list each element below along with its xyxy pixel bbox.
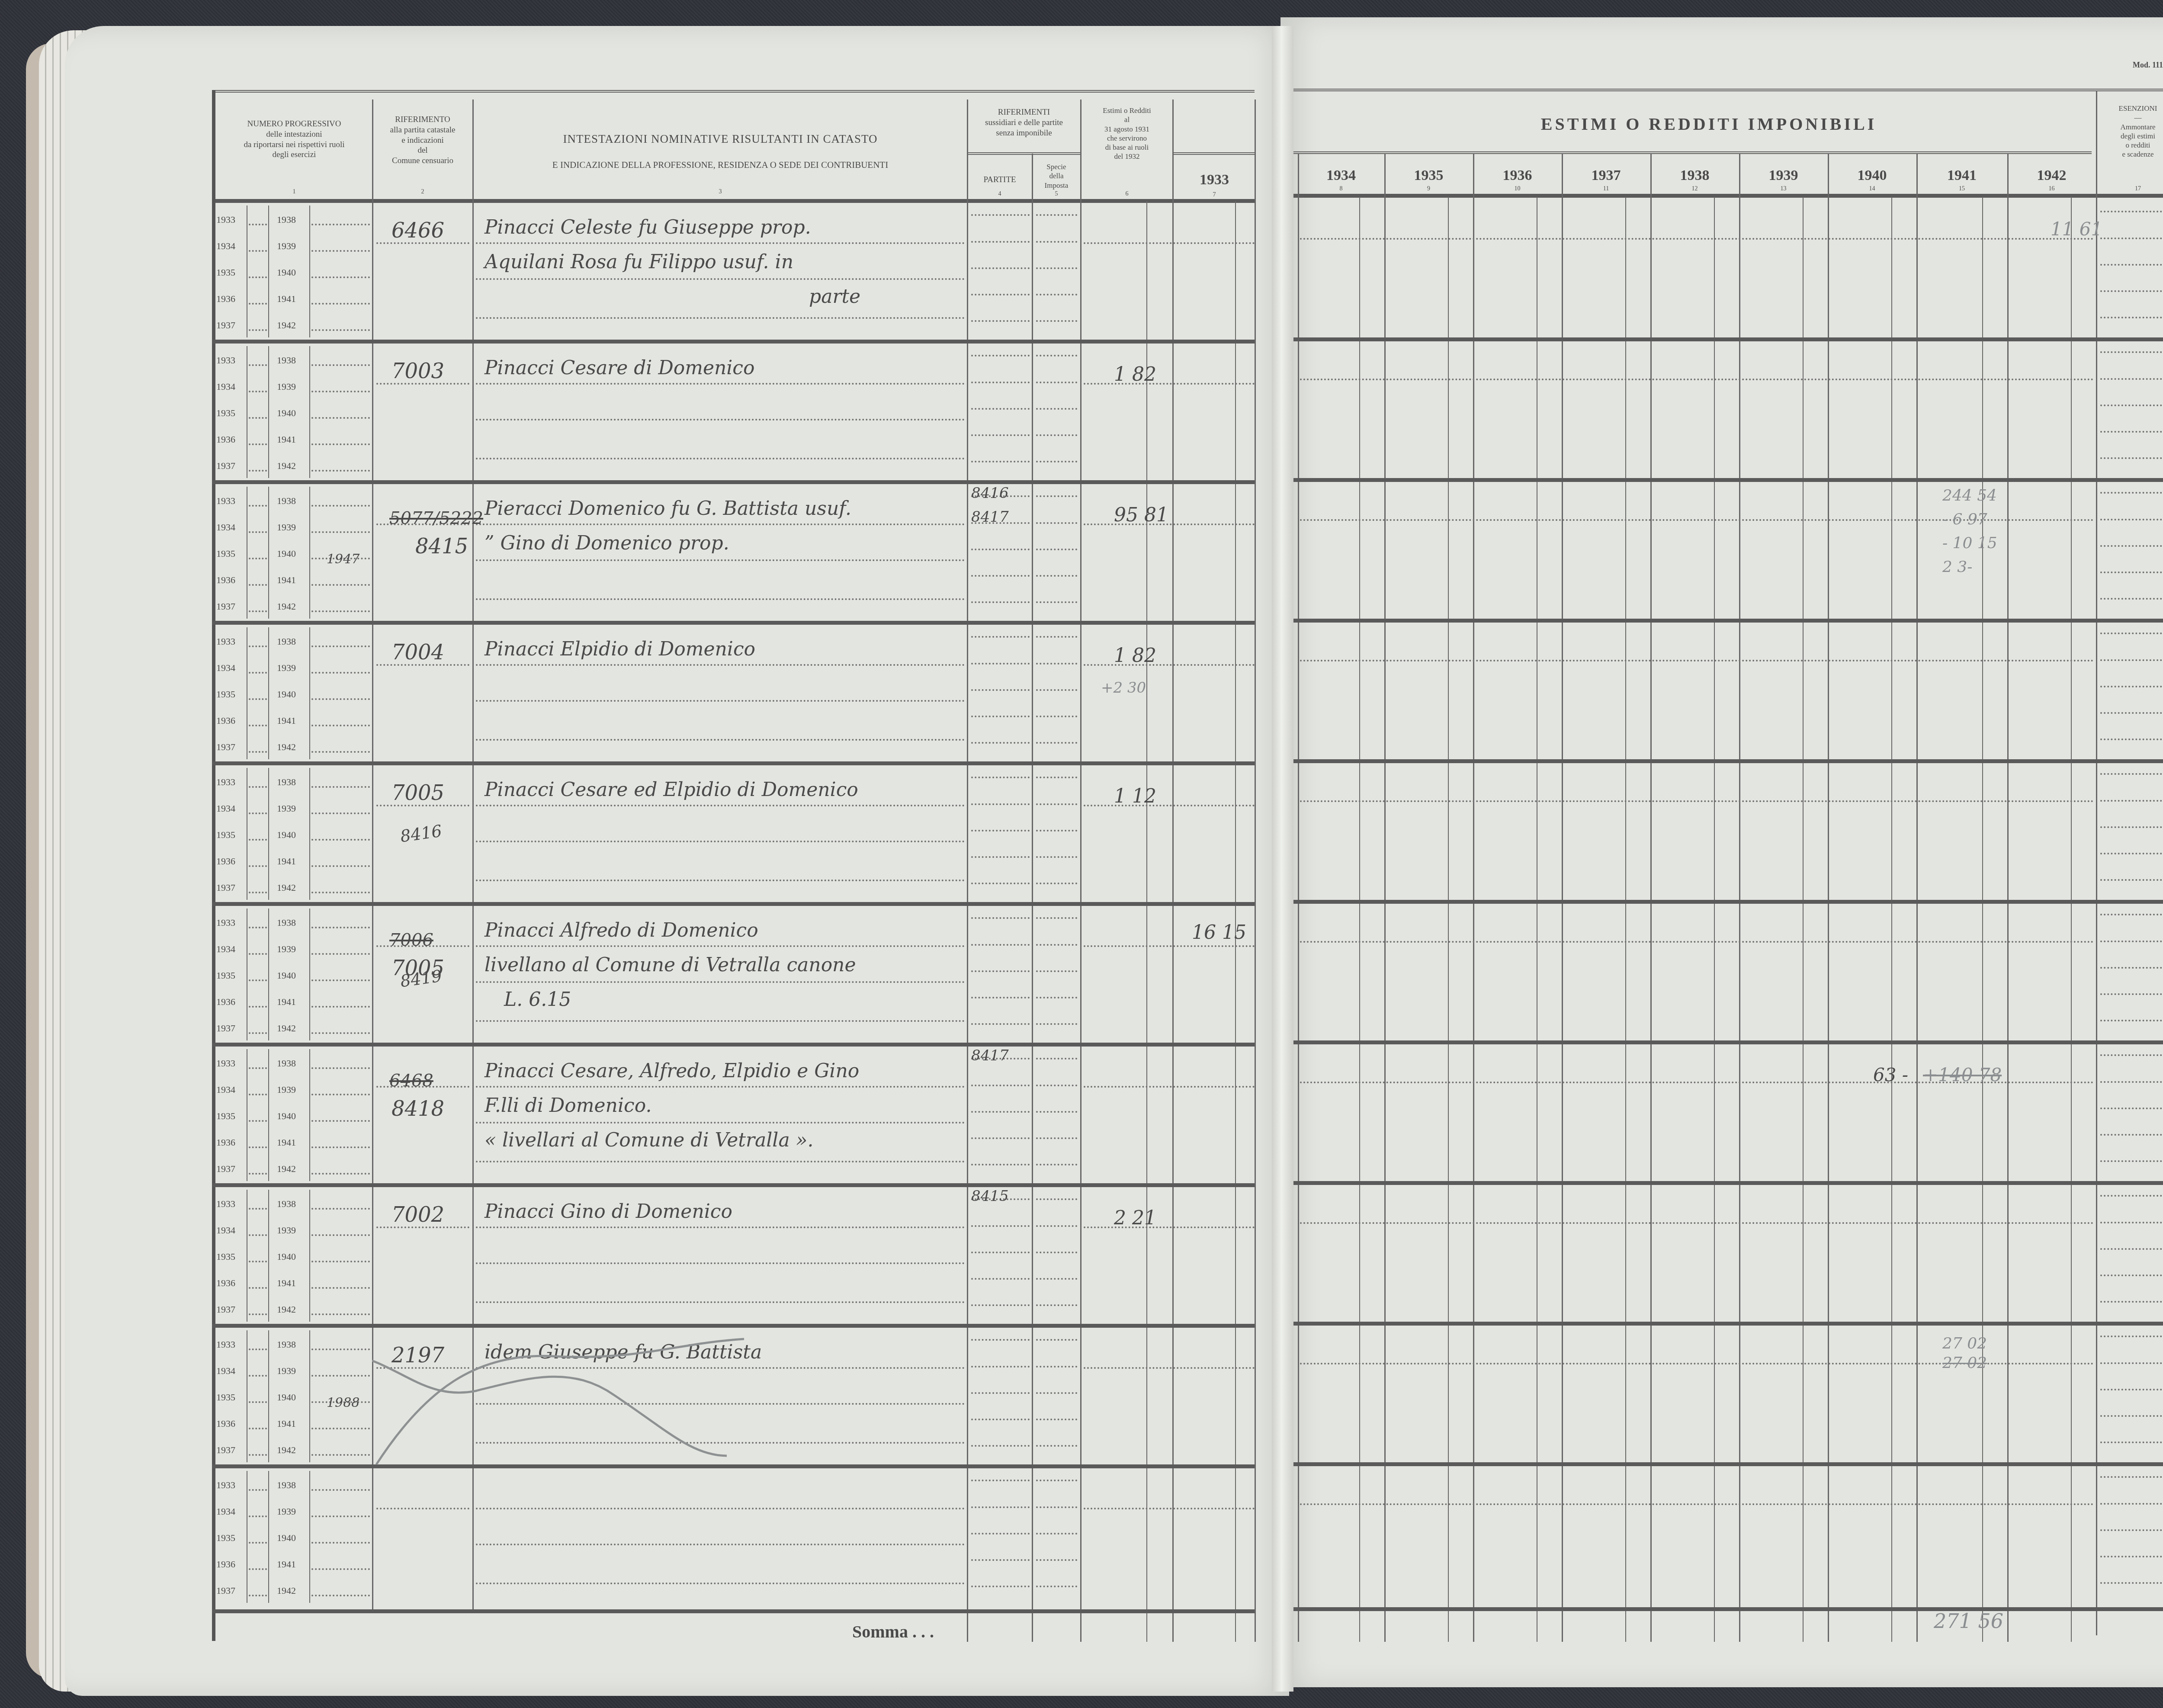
writing-line [476, 805, 965, 806]
year-dotline [249, 953, 267, 955]
value-1942: 11 61 [2051, 218, 2102, 240]
year-label-left: 1935 [216, 689, 235, 700]
year-label-right: 1940 [277, 970, 296, 981]
year-dotline [311, 725, 370, 726]
estimo-1932-value: 1 12 [1114, 785, 1156, 807]
year-label-left: 1933 [216, 636, 235, 647]
r-header-bottom-rule [1293, 194, 2163, 198]
partite-dotline [971, 1111, 1030, 1113]
partite-dotline [971, 689, 1030, 691]
year-dotline [249, 1428, 267, 1429]
esenzioni-dotline [2100, 659, 2163, 661]
year-label-right: 1942 [277, 1304, 296, 1315]
col6-cents-sep [1146, 201, 1147, 1642]
year-dotline [311, 1287, 370, 1289]
year-subcol-sep [268, 627, 269, 759]
year-label-right: 1941 [277, 996, 296, 1008]
partite-dotline [971, 549, 1030, 550]
esenzioni-dotline [2100, 598, 2163, 600]
value-dotline [1084, 1367, 1255, 1369]
taxpayer-name-line: Pinacci Alfredo di Domenico [485, 919, 758, 941]
year-dotline [249, 1067, 267, 1069]
partita-number: 8415 [415, 534, 468, 559]
year-subcol-sep [268, 1049, 269, 1181]
year-label-right: 1939 [277, 1365, 296, 1377]
year-dotline [311, 979, 370, 981]
year-label-left: 1935 [216, 548, 235, 559]
writing-line [476, 945, 965, 947]
year-label-left: 1935 [216, 1392, 235, 1403]
esenzioni-dotline [2100, 773, 2163, 775]
year-dotline [311, 1568, 370, 1570]
year-dotline [249, 1542, 267, 1544]
specie-dotline [1036, 241, 1077, 243]
year-note: 1947 [327, 552, 359, 567]
specie-dotline [1036, 1023, 1077, 1025]
row-separator-left [212, 340, 1255, 344]
year-label-right: 1942 [277, 1023, 296, 1034]
esenzioni-dotline [2100, 1054, 2163, 1056]
specie-dotline [1036, 1164, 1077, 1165]
partita-number: 8418 [392, 1097, 444, 1121]
year-dotline [249, 1454, 267, 1456]
value-1940: 63 - [1873, 1064, 1908, 1085]
year-dotline [311, 1234, 370, 1236]
partite-dotline [971, 1252, 1030, 1253]
col7-top-rule [1173, 152, 1255, 155]
specie-dotline [1036, 1085, 1077, 1086]
col-sep-16-17 [2096, 91, 2097, 1635]
year-label-right: 1941 [277, 1278, 296, 1289]
year-label-left: 1936 [216, 293, 235, 305]
year-subcol-sep [268, 1471, 269, 1603]
esenzioni-dotline [2100, 1529, 2163, 1531]
year-col-number: 14 [1828, 185, 1916, 193]
year-label-right: 1938 [277, 777, 296, 788]
year-subcol-sep [309, 346, 310, 478]
col6-number: 6 [1081, 190, 1172, 198]
partite-ref: 8417 [971, 1047, 1009, 1064]
specie-dotline [1036, 970, 1077, 972]
partite-dotline [971, 601, 1030, 603]
row-separator-left [212, 1183, 1255, 1187]
year-subcol-sep [268, 205, 269, 337]
specie-dotline [1036, 1586, 1077, 1587]
esenzioni-dotline [2100, 1160, 2163, 1162]
year-subcol-sep [268, 768, 269, 900]
taxpayer-name-line: Pinacci Gino di Domenico [485, 1201, 732, 1223]
partita-number: 7004 [392, 640, 444, 665]
year-label-left: 1937 [216, 1585, 235, 1596]
year-col-number: 12 [1650, 185, 1739, 193]
esenzioni-dotline [2100, 1415, 2163, 1417]
year-label-right: 1940 [277, 1532, 296, 1544]
year-dotline [249, 1313, 267, 1315]
specie-dotline [1036, 495, 1077, 497]
cancellation-curve [372, 1326, 978, 1473]
writing-line [476, 664, 965, 666]
esenzioni-dotline [2100, 290, 2163, 292]
esenzioni-dotline [2100, 1195, 2163, 1197]
year-subcol-sep [268, 346, 269, 478]
value-dotline [1084, 242, 1255, 244]
writing-line [476, 317, 965, 319]
year-dotline [249, 927, 267, 928]
value-1941: - 6 97 [1942, 510, 1987, 528]
specie-dotline [1036, 636, 1077, 638]
year-label-right: 1938 [277, 214, 296, 225]
year-dotline [311, 1006, 370, 1008]
year-dotline [311, 892, 370, 893]
year-label-left: 1937 [216, 460, 235, 472]
year-label-right: 1940 [277, 408, 296, 419]
year-label-left: 1934 [216, 944, 235, 955]
year-dotline [249, 1515, 267, 1517]
specie-dotline [1036, 1392, 1077, 1394]
year-label-right: 1938 [277, 1480, 296, 1491]
partite-dotline [971, 1533, 1030, 1535]
writing-line [476, 523, 965, 525]
esenzioni-dotline [2100, 1503, 2163, 1505]
year-subcol-sep [247, 205, 247, 337]
writing-line [476, 242, 965, 244]
year-header-1940: 1940 [1828, 167, 1916, 185]
taxpayer-name-line: Pinacci Celeste fu Giuseppe prop. [485, 216, 811, 238]
specie-dotline [1036, 575, 1077, 577]
writing-line [476, 1301, 965, 1303]
year-dotline [311, 391, 370, 392]
esenzioni-dotline [2100, 457, 2163, 459]
year-dotline [311, 812, 370, 814]
esenzioni-dotline [2100, 1222, 2163, 1223]
partite-dotline [971, 241, 1030, 243]
esenzioni-dotline [2100, 738, 2163, 740]
partite-dotline [971, 1339, 1030, 1341]
taxpayer-name-line: Pinacci Cesare di Domenico [485, 357, 754, 379]
year-label-left: 1934 [216, 662, 235, 674]
esenzioni-dotline [2100, 317, 2163, 318]
year-subcol-sep [309, 1471, 310, 1603]
specie-dotline [1036, 997, 1077, 998]
partite-dotline [971, 214, 1030, 216]
year-dotline [311, 276, 370, 278]
year-dotline [249, 1261, 267, 1262]
year-dotline [311, 1428, 370, 1429]
year-label-left: 1936 [216, 1418, 235, 1429]
esenzioni-dotline [2100, 800, 2163, 802]
esenzioni-header: ESENZIONI — Ammontare degli estimi o red… [2097, 104, 2163, 159]
row-separator-left [212, 761, 1255, 765]
specie-dotline [1036, 716, 1077, 717]
row-separator-left [212, 621, 1255, 625]
partite-dotline [971, 1445, 1030, 1447]
year-dotline [311, 443, 370, 445]
taxpayer-name-line: F.lli di Domenico. [485, 1095, 651, 1117]
partita-number: 6466 [392, 218, 444, 243]
year-col-sep [1473, 154, 1474, 1642]
partite-dotline [971, 716, 1030, 717]
col-sep-4-5 [1032, 154, 1033, 1642]
year-label-right: 1941 [277, 434, 296, 445]
esenzioni-dotline [2100, 993, 2163, 995]
year-dotline [249, 1234, 267, 1236]
year-label-right: 1939 [277, 241, 296, 252]
year-col-number: 8 [1298, 185, 1384, 193]
year-col-sep [1298, 154, 1299, 1642]
writing-line [476, 1020, 965, 1022]
year-label-right: 1940 [277, 267, 296, 278]
partite-dotline [971, 917, 1030, 919]
partita-struck: 6468 [389, 1071, 433, 1091]
esenzioni-dotline [2100, 686, 2163, 687]
year-subcol-sep [268, 487, 269, 619]
specie-dotline [1036, 777, 1077, 778]
partite-dotline [971, 320, 1030, 322]
year-subcol-sep [309, 909, 310, 1040]
specie-dotline [1036, 1506, 1077, 1508]
esenzioni-dotline [2100, 405, 2163, 406]
right-page [1280, 17, 2163, 1687]
year-label-left: 1935 [216, 970, 235, 981]
year-label-left: 1936 [216, 856, 235, 867]
writing-line [476, 1262, 965, 1264]
year-dotline [249, 610, 267, 612]
writing-line [476, 419, 965, 421]
year-label-left: 1936 [216, 575, 235, 586]
year-label-left: 1937 [216, 1445, 235, 1456]
year-subcol-sep [247, 768, 247, 900]
year-dotline [249, 1568, 267, 1570]
year-subcol-sep [309, 487, 310, 619]
esenzioni-dotline [2100, 941, 2163, 942]
row-separator-left [212, 902, 1255, 906]
year-label-left: 1933 [216, 1198, 235, 1210]
year-dotline [249, 1146, 267, 1148]
specie-dotline [1036, 1252, 1077, 1253]
year-col-sep [1828, 154, 1829, 1642]
year-dotline [311, 1120, 370, 1122]
year-value-dotline [1300, 800, 2094, 802]
col7-number: 7 [1173, 191, 1255, 199]
year-value-dotline [1300, 379, 2094, 380]
cents-sep [1359, 197, 1360, 1642]
year-subcol-sep [309, 1190, 310, 1322]
year-label-left: 1933 [216, 917, 235, 928]
year-label-right: 1940 [277, 689, 296, 700]
year-dotline [249, 725, 267, 726]
specie-dotline [1036, 214, 1077, 216]
year-label-left: 1934 [216, 1506, 235, 1517]
year-label-right: 1942 [277, 882, 296, 893]
specie-dotline [1036, 522, 1077, 524]
col7-year-1933: 1933 [1173, 171, 1255, 189]
year-dotline [249, 1173, 267, 1175]
col3-subtitle: E INDICAZIONE DELLA PROFESSIONE, RESIDEN… [474, 159, 967, 170]
year-label-left: 1936 [216, 715, 235, 726]
partita-number: 7002 [392, 1203, 444, 1227]
col2-header: RIFERIMENTO alla partita catastale e ind… [373, 115, 472, 166]
form-code: Mod. 111 - Imposte Dirette (Intercalare)… [2133, 61, 2163, 70]
esenzioni-dotline [2100, 1134, 2163, 1136]
taxpayer-name-line: Pinacci Cesare, Alfredo, Elpidio e Gino [485, 1060, 859, 1082]
year-subcol-sep [309, 1330, 310, 1462]
year-label-right: 1942 [277, 742, 296, 753]
year-label-left: 1936 [216, 996, 235, 1008]
header-bottom-rule [212, 199, 1255, 203]
writing-line [476, 1508, 965, 1509]
year-dotline [249, 303, 267, 305]
cents-sep [2071, 197, 2072, 1642]
value-1941: - 10 15 [1942, 534, 1997, 552]
col2-number: 2 [373, 188, 472, 196]
year-label-right: 1942 [277, 1445, 296, 1456]
year-label-right: 1938 [277, 1058, 296, 1069]
year-dotline [249, 698, 267, 700]
year-dotline [249, 329, 267, 331]
year-dotline [311, 645, 370, 647]
year-label-right: 1939 [277, 1084, 296, 1095]
specie-dotline [1036, 1480, 1077, 1481]
partite-dotline [971, 830, 1030, 832]
specie-dotline [1036, 830, 1077, 832]
r-years-top-rule [1293, 151, 2092, 157]
year-subcol-sep [247, 627, 247, 759]
year-col-number: 10 [1473, 185, 1562, 193]
taxpayer-name-line: « livellari al Comune di Vetralla ». [485, 1129, 814, 1151]
specie-dotline [1036, 549, 1077, 550]
year-dotline [249, 786, 267, 788]
year-dotline [249, 250, 267, 252]
partite-dotline [971, 408, 1030, 410]
partite-dotline [971, 1366, 1030, 1368]
year-dotline [249, 645, 267, 647]
cents-sep [1448, 197, 1449, 1642]
row-separator-right [1293, 619, 2163, 623]
year-subcol-sep [309, 1049, 310, 1181]
specie-dotline [1036, 856, 1077, 858]
year-label-left: 1936 [216, 1559, 235, 1570]
year-note: 1988 [327, 1395, 359, 1410]
year-header-1939: 1939 [1739, 167, 1828, 185]
year-label-right: 1938 [277, 1198, 296, 1210]
year-label-right: 1940 [277, 548, 296, 559]
value-1941: 244 54 [1942, 487, 1997, 504]
year-label-left: 1937 [216, 882, 235, 893]
year-label-right: 1942 [277, 1163, 296, 1175]
esenzioni-dotline [2100, 1556, 2163, 1557]
year-col-number: 11 [1562, 185, 1650, 193]
value-1941: 27 02 [1942, 1335, 1987, 1352]
year-header-1936: 1936 [1473, 167, 1562, 185]
esenzioni-dotline [2100, 1301, 2163, 1303]
year-label-right: 1939 [277, 944, 296, 955]
writing-line [476, 559, 965, 561]
col3-number: 3 [474, 188, 967, 196]
row-separator-right [1293, 759, 2163, 763]
taxpayer-name-line: Pieracci Domenico fu G. Battista usuf. [485, 498, 851, 520]
year-label-left: 1933 [216, 214, 235, 225]
somma-label: Somma . . . [852, 1621, 934, 1642]
partita-struck: 5077/5222 [389, 508, 483, 528]
partite-dotline [971, 355, 1030, 356]
col45-subheader-rule [967, 152, 1080, 155]
year-col-sep [1916, 154, 1918, 1642]
year-subcol-sep [247, 909, 247, 1040]
col4-partite-header: PARTITE [968, 175, 1032, 185]
table-left-border-inner [214, 90, 215, 1641]
value-1941: 2 3- [1942, 558, 1972, 576]
year-dotline [249, 224, 267, 225]
year-label-left: 1933 [216, 1058, 235, 1069]
year-subcol-sep [268, 1330, 269, 1462]
year-dotline [311, 531, 370, 533]
partite-dotline [971, 970, 1030, 972]
year-label-left: 1937 [216, 1023, 235, 1034]
esenzioni-dotline [2100, 264, 2163, 266]
esenzioni-dotline [2100, 1275, 2163, 1276]
last-row-rule-left [212, 1609, 1255, 1613]
writing-line [476, 981, 965, 983]
specie-dotline [1036, 294, 1077, 295]
esenzioni-dotline [2100, 1442, 2163, 1443]
year-dotline [249, 1348, 267, 1350]
esenzioni-dotline [2100, 1389, 2163, 1390]
specie-dotline [1036, 382, 1077, 383]
estimo-1933-value: 16 15 [1192, 921, 1246, 944]
esenzioni-dotline [2100, 431, 2163, 433]
year-dotline [249, 1208, 267, 1210]
year-dotline [249, 1094, 267, 1095]
writing-line [476, 1122, 965, 1124]
year-label-left: 1935 [216, 267, 235, 278]
partite-dotline [971, 434, 1030, 436]
esenzioni-dotline [2100, 1248, 2163, 1250]
year-label-right: 1941 [277, 293, 296, 305]
year-header-1941: 1941 [1916, 167, 2007, 185]
year-label-left: 1937 [216, 320, 235, 331]
year-dotline [249, 979, 267, 981]
partite-dotline [971, 267, 1030, 269]
header-top-rule [212, 90, 1255, 95]
partite-dotline [971, 1559, 1030, 1561]
year-label-left: 1937 [216, 1304, 235, 1315]
year-col-sep [1384, 154, 1386, 1642]
esenzioni-dotline [2100, 211, 2163, 212]
year-dotline [311, 698, 370, 700]
year-subcol-sep [247, 487, 247, 619]
esenzioni-dotline [2100, 914, 2163, 915]
year-label-left: 1933 [216, 1339, 235, 1350]
specie-dotline [1036, 1339, 1077, 1341]
specie-dotline [1036, 1533, 1077, 1535]
year-dotline [249, 470, 267, 472]
year-dotline [311, 329, 370, 331]
year-dotline [311, 839, 370, 841]
esenzioni-dotline [2100, 351, 2163, 353]
partite-dotline [971, 575, 1030, 577]
year-dotline [311, 751, 370, 753]
year-dotline [249, 364, 267, 366]
taxpayer-name-line: ” Gino di Domenico prop. [485, 532, 729, 554]
row-separator-right [1293, 337, 2163, 341]
year-dotline [311, 927, 370, 928]
year-label-right: 1941 [277, 715, 296, 726]
esenzioni-dotline [2100, 1362, 2163, 1364]
partite-ref: 8415 [971, 1188, 1009, 1205]
esenzioni-dotline [2100, 1336, 2163, 1337]
year-label-right: 1942 [277, 320, 296, 331]
year-label-right: 1939 [277, 522, 296, 533]
